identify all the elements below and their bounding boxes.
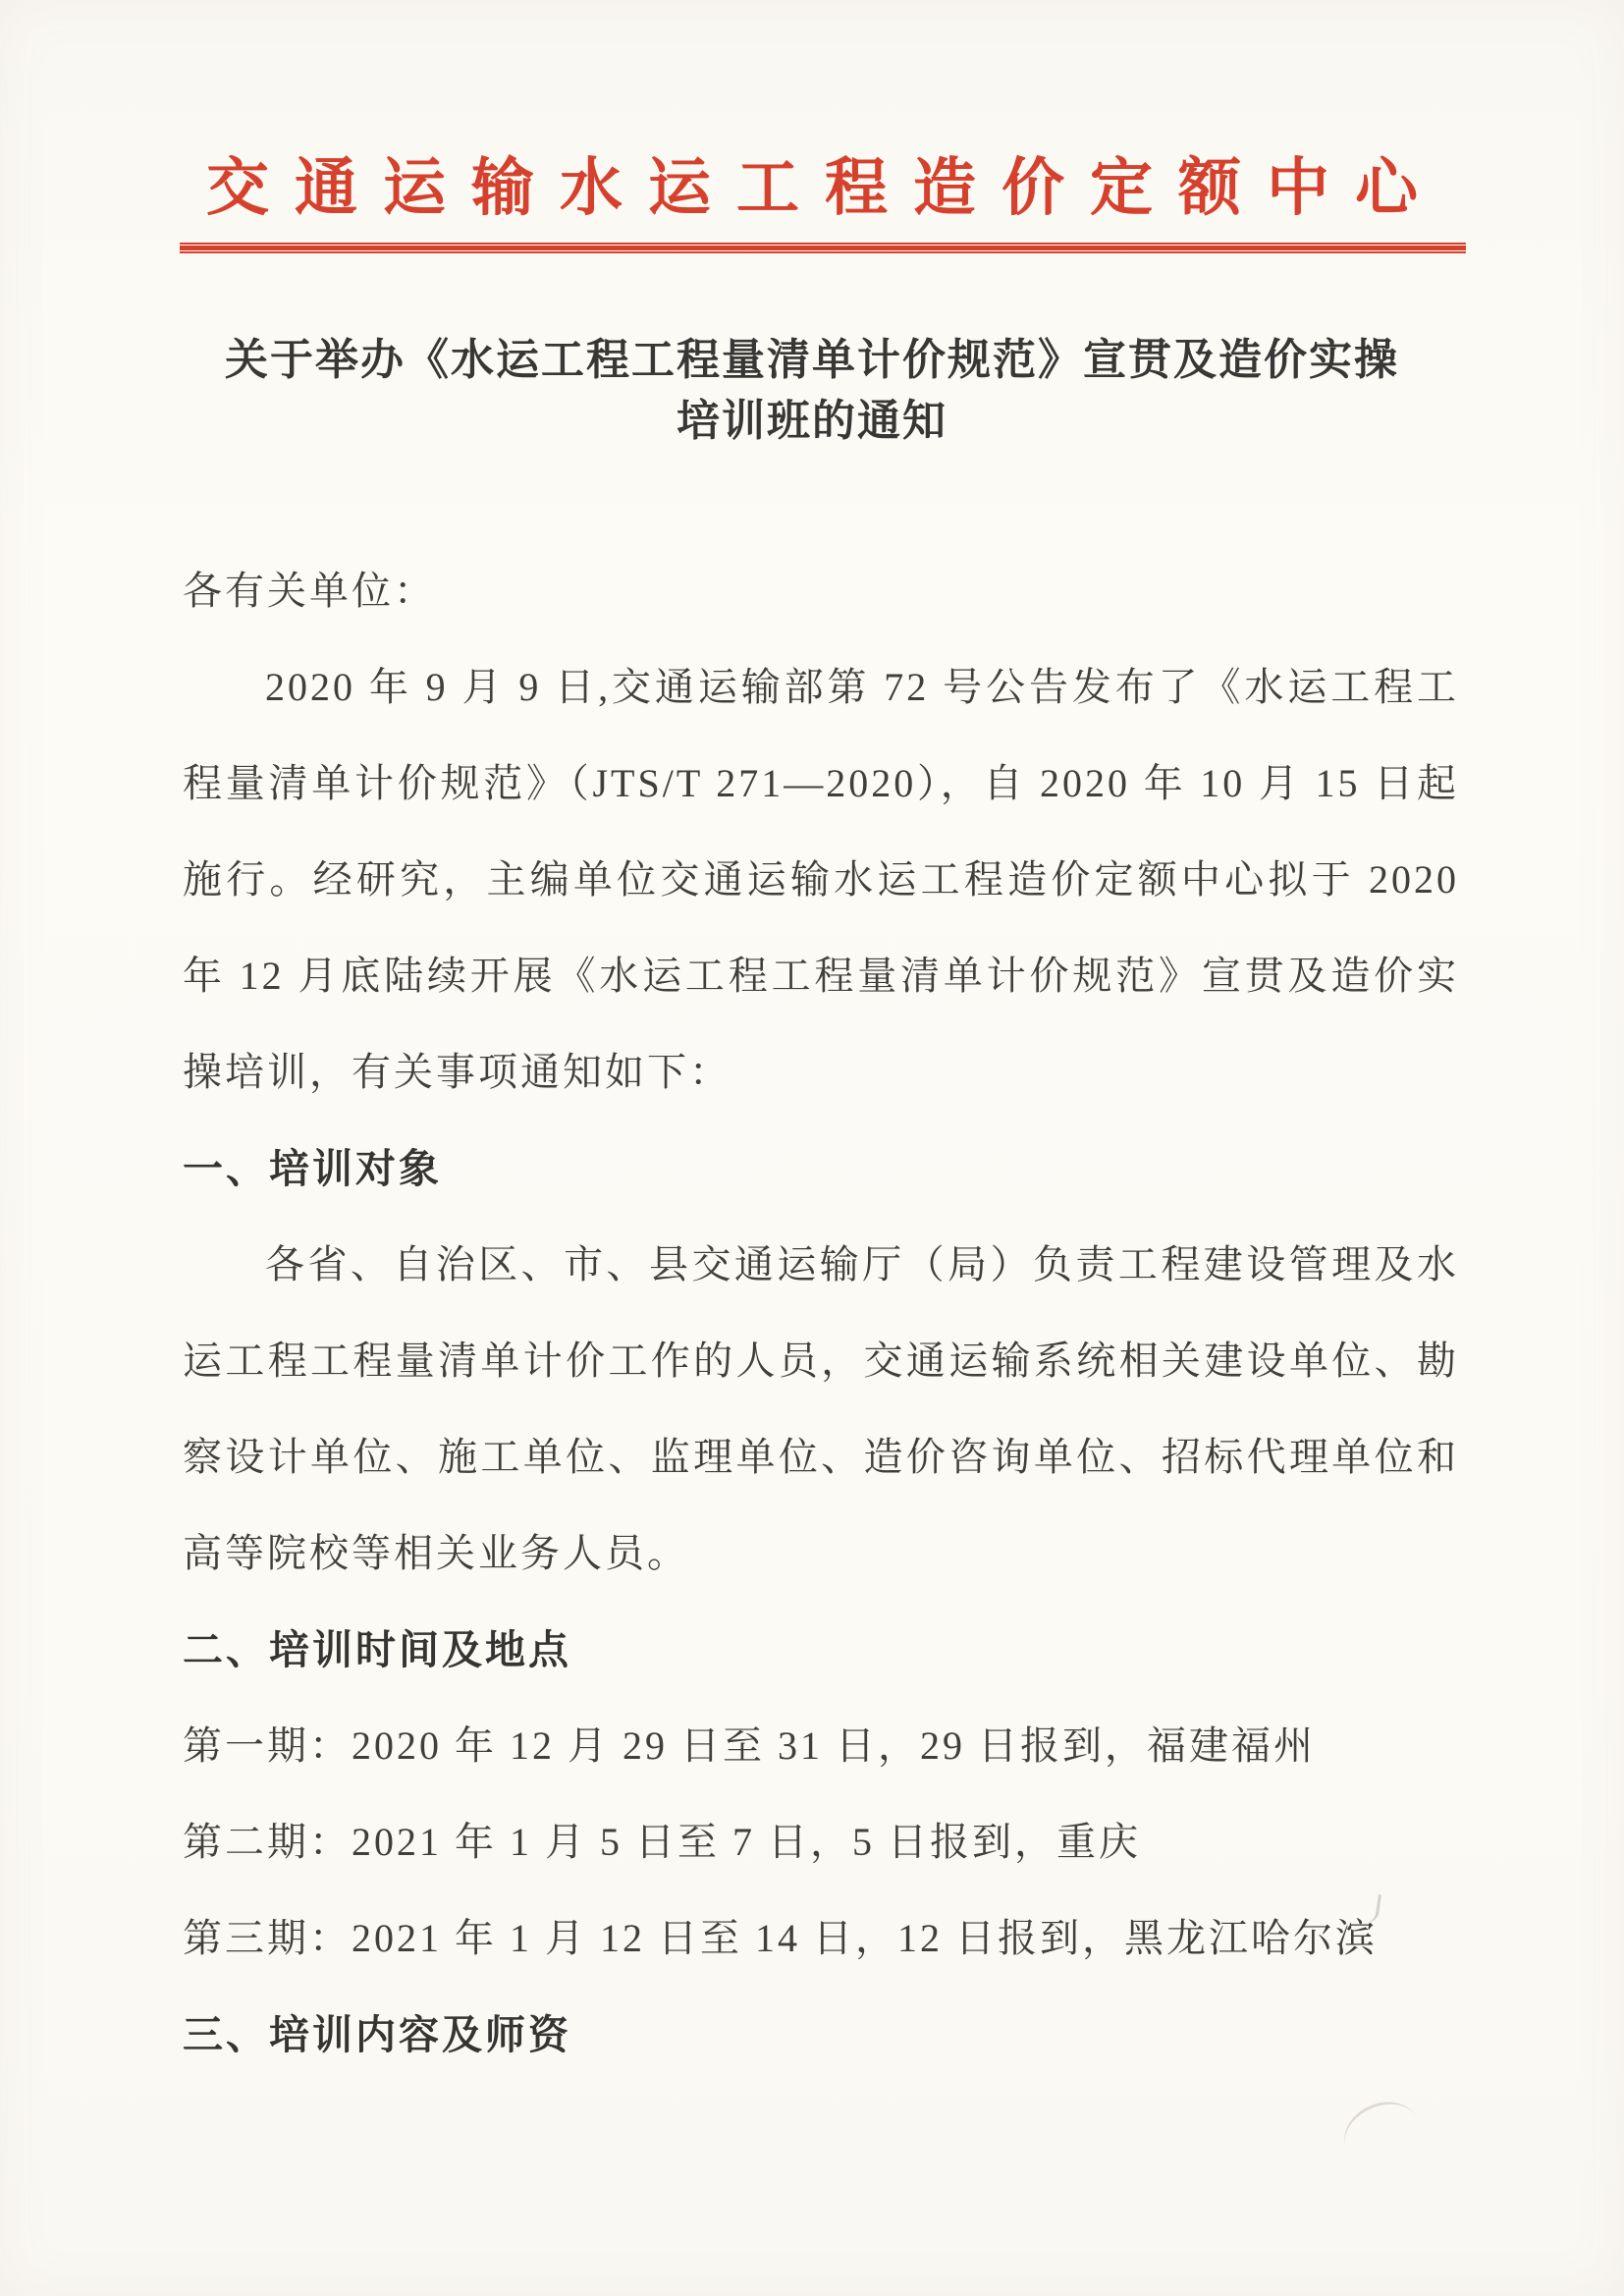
section-heading-time-location: 二、培训时间及地点 xyxy=(183,1602,1459,1698)
schedule-session-1: 第一期：2020 年 12 月 29 日至 31 日，29 日报到，福建福州 xyxy=(183,1698,1459,1794)
schedule-session-2: 第二期：2021 年 1 月 5 日至 7 日，5 日报到，重庆 xyxy=(183,1794,1459,1890)
letterhead-rule xyxy=(180,243,1466,253)
document-title-line2: 培训班的通知 xyxy=(108,391,1516,452)
document-title-line1: 关于举办《水运工程工程量清单计价规范》宣贯及造价实操 xyxy=(108,330,1516,391)
document-title: 关于举办《水运工程工程量清单计价规范》宣贯及造价实操 培训班的通知 xyxy=(108,330,1516,452)
schedule-session-3: 第三期：2021 年 1 月 12 日至 14 日，12 日报到，黑龙江哈尔滨 xyxy=(183,1890,1459,1987)
intro-paragraph: 2020 年 9 月 9 日,交通运输部第 72 号公告发布了《水运工程工程量清… xyxy=(183,639,1459,1121)
section-heading-training-audience: 一、培训对象 xyxy=(183,1121,1459,1217)
scanned-notice-page: 交通运输水运工程造价定额中心 关于举办《水运工程工程量清单计价规范》宣贯及造价实… xyxy=(0,0,1624,2296)
salutation: 各有关单位： xyxy=(183,543,1459,639)
document-body: 各有关单位： 2020 年 9 月 9 日,交通运输部第 72 号公告发布了《水… xyxy=(183,543,1459,2083)
scan-artifact-pencil-curve xyxy=(1334,2091,1429,2176)
section-heading-content-faculty: 三、培训内容及师资 xyxy=(183,1987,1459,2083)
training-audience-paragraph: 各省、自治区、市、县交通运输厅（局）负责工程建设管理及水运工程工程量清单计价工作… xyxy=(183,1217,1459,1602)
letterhead-org-name: 交通运输水运工程造价定额中心 xyxy=(0,137,1624,228)
